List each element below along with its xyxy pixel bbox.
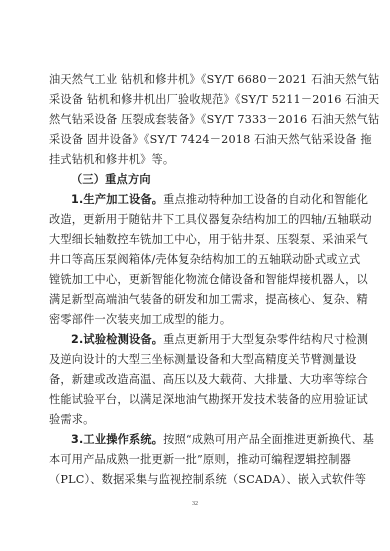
text-line: 采设备 固井设备》《SY/T 7424－2018 石油天然气钻采设备 拖: [49, 130, 341, 150]
text-line: 验需求。: [49, 410, 341, 430]
text-line: 改造，更新用于随钻井下工具仪器复杂结构加工的四轴/五轴联动: [49, 210, 341, 230]
paragraph-lead-line: 2.试验检测设备。重点更新用于大型复杂零件结构尺寸检测: [71, 330, 341, 350]
item-title: 2.试验检测设备。: [71, 333, 163, 346]
paragraph-lead-line: 3.工业操作系统。按照“成熟可用产品全面推进更新换代、基: [71, 430, 341, 450]
text-span: 按照“成熟可用产品全面推进更新换代、基: [163, 433, 374, 446]
document-page: 油天然气工业 钻机和修井机》《SY/T 6680－2021 石油天然气钻 采设备…: [0, 0, 390, 551]
section-heading: （三）重点方向: [71, 170, 341, 190]
text-line: 满足新型高端油气装备的研发和加工需求，提高核心、复杂、精: [49, 290, 341, 310]
text-line: 本可用产品成熟一批更新一批”原则，推动可编程逻辑控制器: [49, 450, 341, 470]
text-line: 性能试验平台，以满足深地油气勘探开发技术装备的应用验证试: [49, 390, 341, 410]
page-number: 32: [0, 501, 390, 507]
text-line: 采设备 钻机和修井机出厂验收规范》《SY/T 5211－2016 石油天: [49, 90, 341, 110]
text-line: 挂式钻机和修井机》等。: [49, 150, 341, 170]
text-line: 及逆向设计的大型三坐标测量设备和大型高精度关节臂测量设: [49, 350, 341, 370]
item-title: 1.生产加工设备。: [71, 193, 163, 206]
text-line: 密零部件一次装夹加工成型的能力。: [49, 310, 341, 330]
text-span: 重点推动特种加工设备的自动化和智能化: [163, 193, 368, 206]
text-line: 油天然气工业 钻机和修井机》《SY/T 6680－2021 石油天然气钻: [49, 70, 341, 90]
item-title: 3.工业操作系统。: [71, 433, 163, 446]
text-line: 井口等高压泵阀箱体/壳体复杂结构加工的五轴联动卧式或立式: [49, 250, 341, 270]
text-span: 重点更新用于大型复杂零件结构尺寸检测: [163, 333, 368, 346]
text-line: （PLC）、数据采集与监视控制系统（SCADA）、嵌入式软件等: [49, 470, 341, 490]
text-line: 然气钻采设备 压裂成套装备》《SY/T 7333－2016 石油天然气钻: [49, 110, 341, 130]
paragraph-lead-line: 1.生产加工设备。重点推动特种加工设备的自动化和智能化: [71, 190, 341, 210]
text-line: 大型细长轴数控车铣加工中心，用于钻井泵、压裂泵、采油采气: [49, 230, 341, 250]
text-line: 备，新建或改造高温、高压以及大载荷、大排量、大功率等综合: [49, 370, 341, 390]
text-line: 镗铣加工中心，更新智能化物流仓储设备和智能焊接机器人，以: [49, 270, 341, 290]
